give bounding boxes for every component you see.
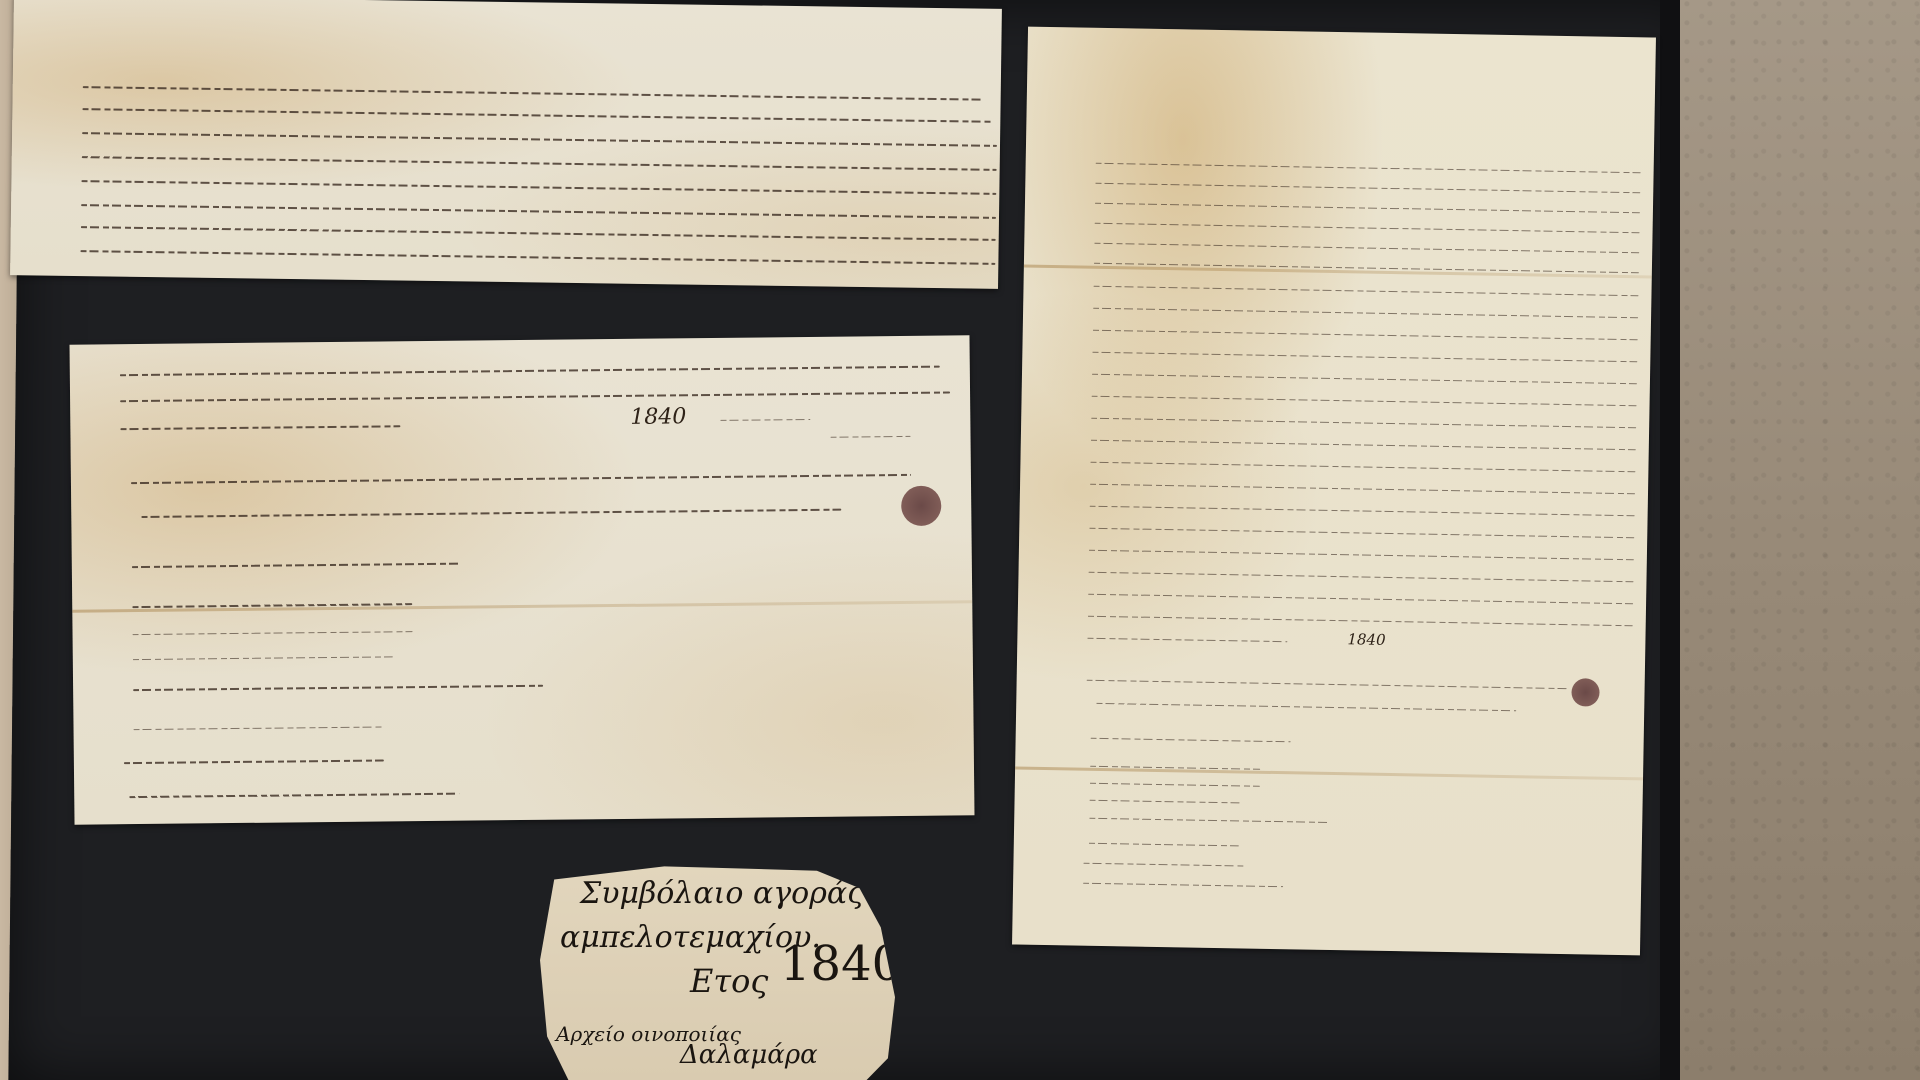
handwriting-line [83, 86, 983, 101]
handwriting-line [1087, 638, 1287, 642]
exhibit-label-card: Συμβόλαιο αγοράς αμπελοτεμαχίου. Ετος 18… [540, 862, 895, 1080]
handwriting-line [80, 250, 995, 265]
signature-line [132, 563, 462, 568]
handwriting-line [1089, 550, 1634, 561]
handwriting-line [141, 509, 841, 518]
handwriting-line [1091, 440, 1636, 451]
handwriting-line [1094, 286, 1639, 297]
signature-line [133, 631, 413, 635]
manuscript-middle-left: 1840 [70, 335, 975, 824]
fold-crease [1015, 766, 1643, 780]
signature-line [1083, 863, 1243, 867]
signature-line [1090, 800, 1240, 804]
label-title-line1: Συμβόλαιο αγοράς [580, 876, 864, 911]
handwriting-line [1089, 528, 1634, 539]
handwriting-line [1090, 462, 1635, 473]
handwriting-line [120, 366, 940, 377]
handwriting-line [82, 156, 997, 171]
handwriting-line [131, 474, 911, 484]
signature-line [1089, 818, 1329, 823]
handwriting-line [720, 419, 810, 421]
handwriting-line [1093, 330, 1638, 341]
signature-line [133, 685, 543, 691]
handwriting-line [1092, 396, 1637, 407]
handwriting-line [1090, 506, 1635, 517]
wax-seal [901, 486, 941, 526]
label-year-word: Ετος [690, 962, 768, 1000]
document-date: 1840 [1347, 630, 1385, 649]
handwriting-line [1091, 418, 1636, 429]
handwriting-line [1093, 308, 1638, 319]
handwriting-line [1088, 594, 1633, 605]
signature-line [129, 793, 459, 798]
signature-line [1091, 738, 1291, 742]
label-archive-name: Δαλαμάρα [680, 1040, 818, 1070]
manuscript-top-strip [10, 0, 1002, 289]
handwriting-line [1094, 243, 1639, 254]
manuscript-right-full-page: 1840 [1012, 27, 1656, 956]
handwriting-line [1096, 703, 1516, 711]
label-year: 1840 [780, 936, 902, 992]
handwriting-line [1095, 223, 1640, 234]
handwriting-line [82, 132, 997, 147]
handwriting-line [81, 204, 996, 219]
handwriting-line [1095, 203, 1640, 214]
handwriting-line [82, 108, 992, 123]
handwriting-line [1095, 183, 1640, 194]
handwriting-line [120, 392, 950, 403]
signature-line [1089, 843, 1239, 847]
handwriting-line [81, 180, 996, 195]
handwriting-line [1092, 352, 1637, 363]
handwriting-line [120, 425, 400, 430]
stucco-wall [1680, 0, 1920, 1080]
handwriting-line [81, 226, 996, 241]
handwriting-line [1092, 374, 1637, 385]
signature-line [1090, 783, 1260, 787]
wax-seal [1571, 678, 1599, 706]
signature-line [134, 726, 384, 730]
signature-line [124, 759, 384, 764]
handwriting-line [831, 436, 911, 438]
signature-line [1083, 883, 1283, 887]
handwriting-line [1089, 572, 1634, 583]
handwriting-line [1088, 616, 1633, 627]
document-date: 1840 [630, 404, 686, 430]
handwriting-line [1096, 163, 1641, 174]
handwriting-line [1087, 680, 1567, 689]
handwriting-line [1090, 484, 1635, 495]
signature-line [133, 656, 393, 660]
